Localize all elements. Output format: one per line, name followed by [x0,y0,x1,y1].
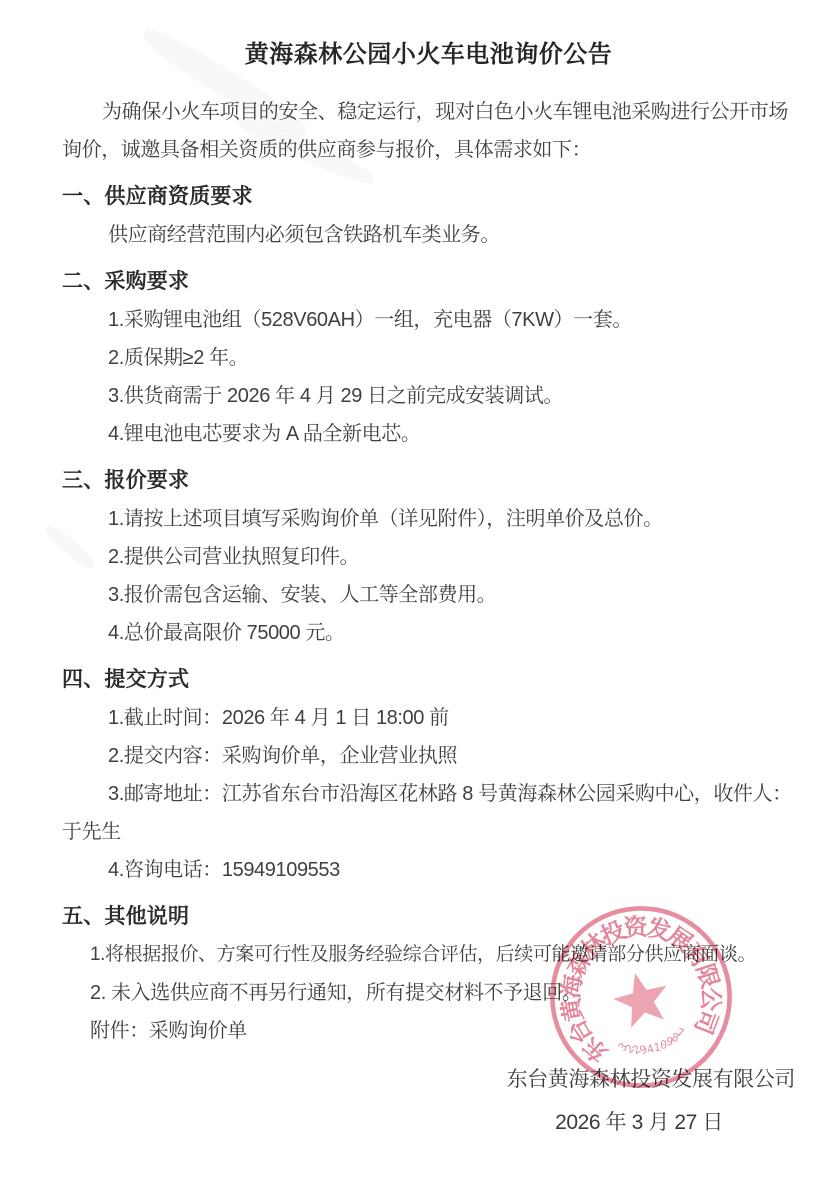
document-page: 黄海森林公园小火车电池询价公告 为确保小火车项目的安全、稳定运行，现对白色小火车… [0,0,840,1197]
section-4-item: 2.提交内容：采购询价单，企业营业执照 [62,737,795,775]
section-1-item: 供应商经营范围内必须包含铁路机车类业务。 [62,216,795,254]
section-heading-1: 一、供应商资质要求 [62,178,795,216]
section-heading-2: 二、采购要求 [62,263,795,301]
section-5-item: 1.将根据报价、方案可行性及服务经验综合评估，后续可能邀请部分供应商面谈。 [62,936,795,974]
attachment-note: 附件：采购询价单 [62,1012,795,1050]
document-title: 黄海森林公园小火车电池询价公告 [62,34,795,69]
signature-date: 2026 年 3 月 27 日 [62,1102,795,1144]
signature-company: 东台黄海森林投资发展有限公司 [62,1058,795,1102]
section-5-item: 2. 未入选供应商不再另行通知，所有提交材料不予退回。 [62,974,795,1012]
section-3-item: 4.总价最高限价 75000 元。 [62,614,795,652]
section-2-item: 1.采购锂电池组（528V60AH）一组，充电器（7KW）一套。 [62,301,795,339]
section-3-item: 1.请按上述项目填写采购询价单（详见附件），注明单价及总价。 [62,500,795,538]
section-2-item: 2.质保期≥2 年。 [62,339,795,377]
section-3-item: 2.提供公司营业执照复印件。 [62,538,795,576]
section-heading-5: 五、其他说明 [62,898,795,936]
section-2-item: 3.供货商需于 2026 年 4 月 29 日之前完成安装调试。 [62,377,795,415]
section-4-item: 1.截止时间：2026 年 4 月 1 日 18:00 前 [62,699,795,737]
section-3-item: 3.报价需包含运输、安装、人工等全部费用。 [62,576,795,614]
section-heading-4: 四、提交方式 [62,661,795,699]
intro-paragraph: 为确保小火车项目的安全、稳定运行，现对白色小火车锂电池采购进行公开市场询价，诚邀… [62,93,795,169]
section-2-item: 4.锂电池电芯要求为 A 品全新电芯。 [62,415,795,453]
section-4-item: 4.咨询电话：15949109553 [62,851,795,889]
section-heading-3: 三、报价要求 [62,462,795,500]
section-4-item: 3.邮寄地址：江苏省东台市沿海区花林路 8 号黄海森林公园采购中心，收件人：于先… [62,775,795,851]
